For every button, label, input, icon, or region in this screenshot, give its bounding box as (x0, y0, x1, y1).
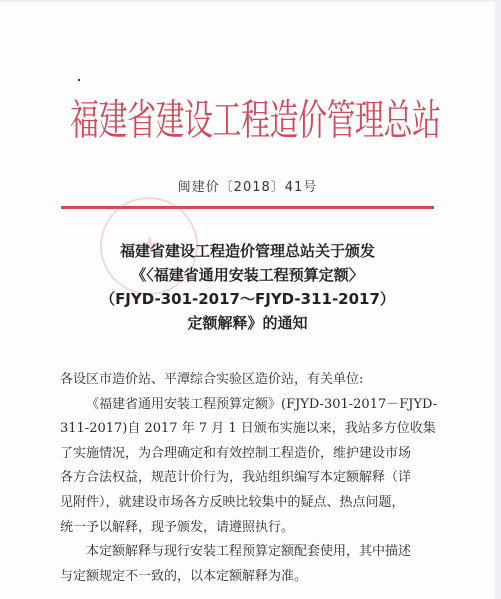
title-line: 定额解释》的通知 (0, 311, 495, 335)
salutation: 各设区市造价站、平潭综合实验区造价站，有关单位: (60, 368, 410, 393)
masthead-title: 福建省建设工程造价管理总站 (70, 88, 426, 152)
paragraph-line: 本定额解释与现行安装工程预算定额配套使用，其中描述 (60, 540, 410, 565)
document-page: 福建省建设工程造价管理总站 闽建价〔2018〕41号 ★ 福建省建设工程造价管理… (0, 2, 495, 599)
title-line: 《〈福建省通用安装工程预算定额〉 (0, 263, 495, 287)
notice-title: 福建省建设工程造价管理总站关于颁发 《〈福建省通用安装工程预算定额〉 （FJYD… (0, 239, 495, 335)
paragraph-line: 《福建省通用安装工程预算定额》(FJYD-301-2017－FJYD- (60, 393, 410, 418)
notice-body: 各设区市造价站、平潭综合实验区造价站，有关单位: 《福建省通用安装工程预算定额》… (60, 368, 410, 589)
paragraph-line: 了实施情况，为合理确定和有效控制工程造价，维护建设市场 (60, 442, 410, 467)
paragraph-line: 311-2017)自 2017 年 7 月 1 日颁布实施以来，我站多方位收集 (60, 417, 410, 442)
paragraph-line: 与定额规定不一致的，以本定额解释为准。 (60, 565, 410, 590)
paragraph-line: 统一予以解释，现予颁发，请遵照执行。 (60, 516, 410, 541)
paragraph-2: 本定额解释与现行安装工程预算定额配套使用，其中描述 与定额规定不一致的，以本定额… (60, 540, 410, 589)
paragraph-1: 《福建省通用安装工程预算定额》(FJYD-301-2017－FJYD- 311-… (60, 393, 410, 541)
title-line: （FJYD-301-2017～FJYD-311-2017） (0, 287, 495, 311)
scan-speck (78, 79, 80, 81)
paragraph-line: 各方合法权益，规范计价行为，我站组织编写本定额解释（详 (60, 466, 410, 491)
paragraph-line: 见附件），就建设市场各方反映比较集中的疑点、热点问题， (60, 491, 410, 516)
document-number: 闽建价〔2018〕41号 (0, 176, 495, 195)
title-line: 福建省建设工程造价管理总站关于颁发 (0, 239, 495, 263)
